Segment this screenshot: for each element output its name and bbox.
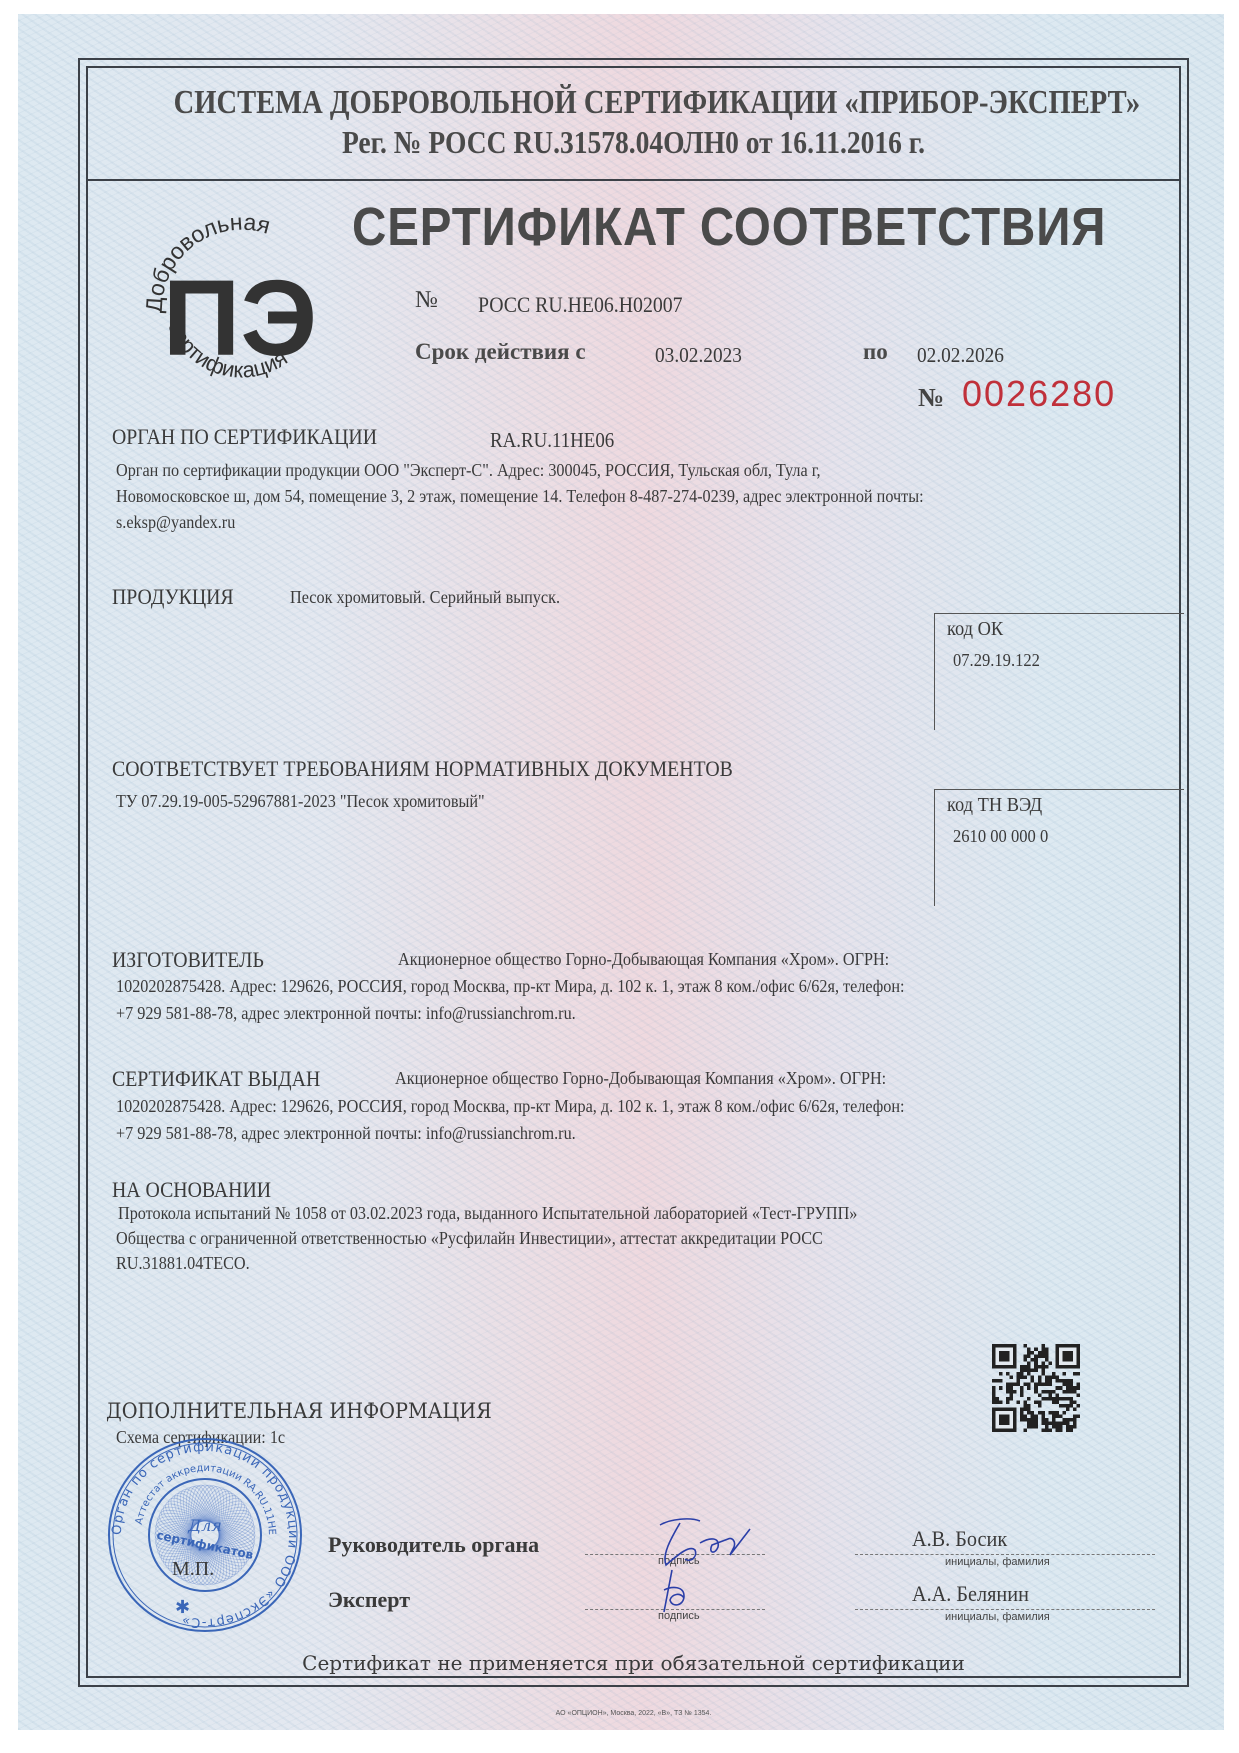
certification-body-line: Новомосковское ш, дом 54, помещение 3, 2…	[116, 486, 924, 507]
certification-body-line: Орган по сертификации продукции ООО "Экс…	[116, 460, 821, 481]
stamp-center-text: Для	[187, 1516, 222, 1535]
qr-code-icon	[992, 1344, 1080, 1432]
system-registration: Рег. № РОСС RU.31578.04ОЛН0 от 16.11.201…	[163, 124, 1105, 161]
serial-number: 0026280	[962, 373, 1116, 415]
issued-to-line: Акционерное общество Горно-Добывающая Ко…	[395, 1068, 886, 1089]
code-ok-label: код ОК	[947, 618, 1003, 641]
code-ok-box: код ОК 07.29.19.122	[934, 613, 1184, 730]
print-info: АО «ОПЦИОН», Москва, 2022, «В», ТЗ № 135…	[86, 1710, 1181, 1717]
basis-line: Протокола испытаний № 1058 от 03.02.2023…	[118, 1203, 857, 1224]
basis-line: RU.31881.04TECO.	[116, 1253, 250, 1274]
basis-heading: НА ОСНОВАНИИ	[112, 1177, 271, 1203]
certificate-title: СЕРТИФИКАТ СООТВЕТСТВИЯ	[352, 196, 1106, 258]
basis-line: Общества с ограниченной ответственностью…	[116, 1228, 823, 1249]
certification-body-code: RA.RU.11HE06	[490, 428, 614, 453]
valid-to: 02.02.2026	[917, 343, 1004, 368]
code-tnved-value: 2610 00 000 0	[953, 826, 1048, 847]
name-caption: инициалы, фамилия	[945, 1611, 1050, 1623]
product-heading: ПРОДУКЦИЯ	[112, 584, 234, 610]
non-mandatory-notice: Сертификат не применяется при обязательн…	[86, 1651, 1181, 1675]
additional-info-heading: ДОПОЛНИТЕЛЬНАЯ ИНФОРМАЦИЯ	[106, 1399, 492, 1423]
serial-sign: №	[918, 383, 944, 413]
signature-belyanin-icon	[650, 1568, 710, 1618]
expert-name: А.А. Белянин	[912, 1581, 1029, 1607]
stamp-star-icon: ✱	[175, 1597, 190, 1618]
issued-to-heading: СЕРТИФИКАТ ВЫДАН	[112, 1066, 320, 1092]
name-line	[855, 1609, 1155, 1610]
number-sign: №	[415, 287, 438, 314]
code-ok-value: 07.29.19.122	[953, 650, 1040, 671]
valid-from: 03.02.2023	[655, 343, 742, 368]
signature-bosik-icon	[640, 1515, 770, 1575]
manufacturer-line: +7 929 581-88-78, адрес электронной почт…	[116, 1003, 576, 1024]
issued-to-line: 1020202875428. Адрес: 129626, РОССИЯ, го…	[116, 1096, 905, 1117]
certification-body-email: s.eksp@yandex.ru	[116, 512, 235, 533]
validity-label: Срок действия с	[415, 339, 586, 365]
code-tnved-label: код ТН ВЭД	[947, 794, 1042, 817]
manufacturer-line: 1020202875428. Адрес: 129626, РОССИЯ, го…	[116, 976, 905, 997]
certification-body-heading: ОРГАН ПО СЕРТИФИКАЦИИ	[112, 424, 377, 450]
manufacturer-line: Акционерное общество Горно-Добывающая Ко…	[398, 949, 889, 970]
conformity-heading: СООТВЕТСТВУЕТ ТРЕБОВАНИЯМ НОРМАТИВНЫХ ДО…	[112, 756, 733, 782]
mp-label: М.П.	[172, 1558, 214, 1581]
certificate-number: РОСС RU.HE06.H02007	[478, 292, 683, 318]
header-divider	[86, 179, 1181, 181]
stamp-seal-icon: Орган по сертификации продукции ООО «Экс…	[105, 1435, 305, 1635]
conformity-text: ТУ 07.29.19-005-52967881-2023 "Песок хро…	[116, 791, 485, 812]
product-text: Песок хромитовый. Серийный выпуск.	[290, 587, 560, 608]
manufacturer-heading: ИЗГОТОВИТЕЛЬ	[112, 947, 264, 973]
name-line	[855, 1554, 1155, 1555]
head-of-body-name: А.В. Босик	[912, 1526, 1007, 1552]
system-title: СИСТЕМА ДОБРОВОЛЬНОЙ СЕРТИФИКАЦИИ «ПРИБО…	[174, 84, 1094, 122]
pe-logo-icon: Добровольная сертификация ПЭ	[140, 205, 340, 405]
expert-label: Эксперт	[328, 1587, 410, 1613]
name-caption: инициалы, фамилия	[945, 1556, 1050, 1568]
issued-to-line: +7 929 581-88-78, адрес электронной почт…	[116, 1123, 576, 1144]
logo-letters: ПЭ	[163, 257, 317, 378]
code-tnved-box: код ТН ВЭД 2610 00 000 0	[934, 789, 1184, 906]
valid-to-label: по	[863, 339, 888, 365]
head-of-body-label: Руководитель органа	[328, 1532, 539, 1558]
